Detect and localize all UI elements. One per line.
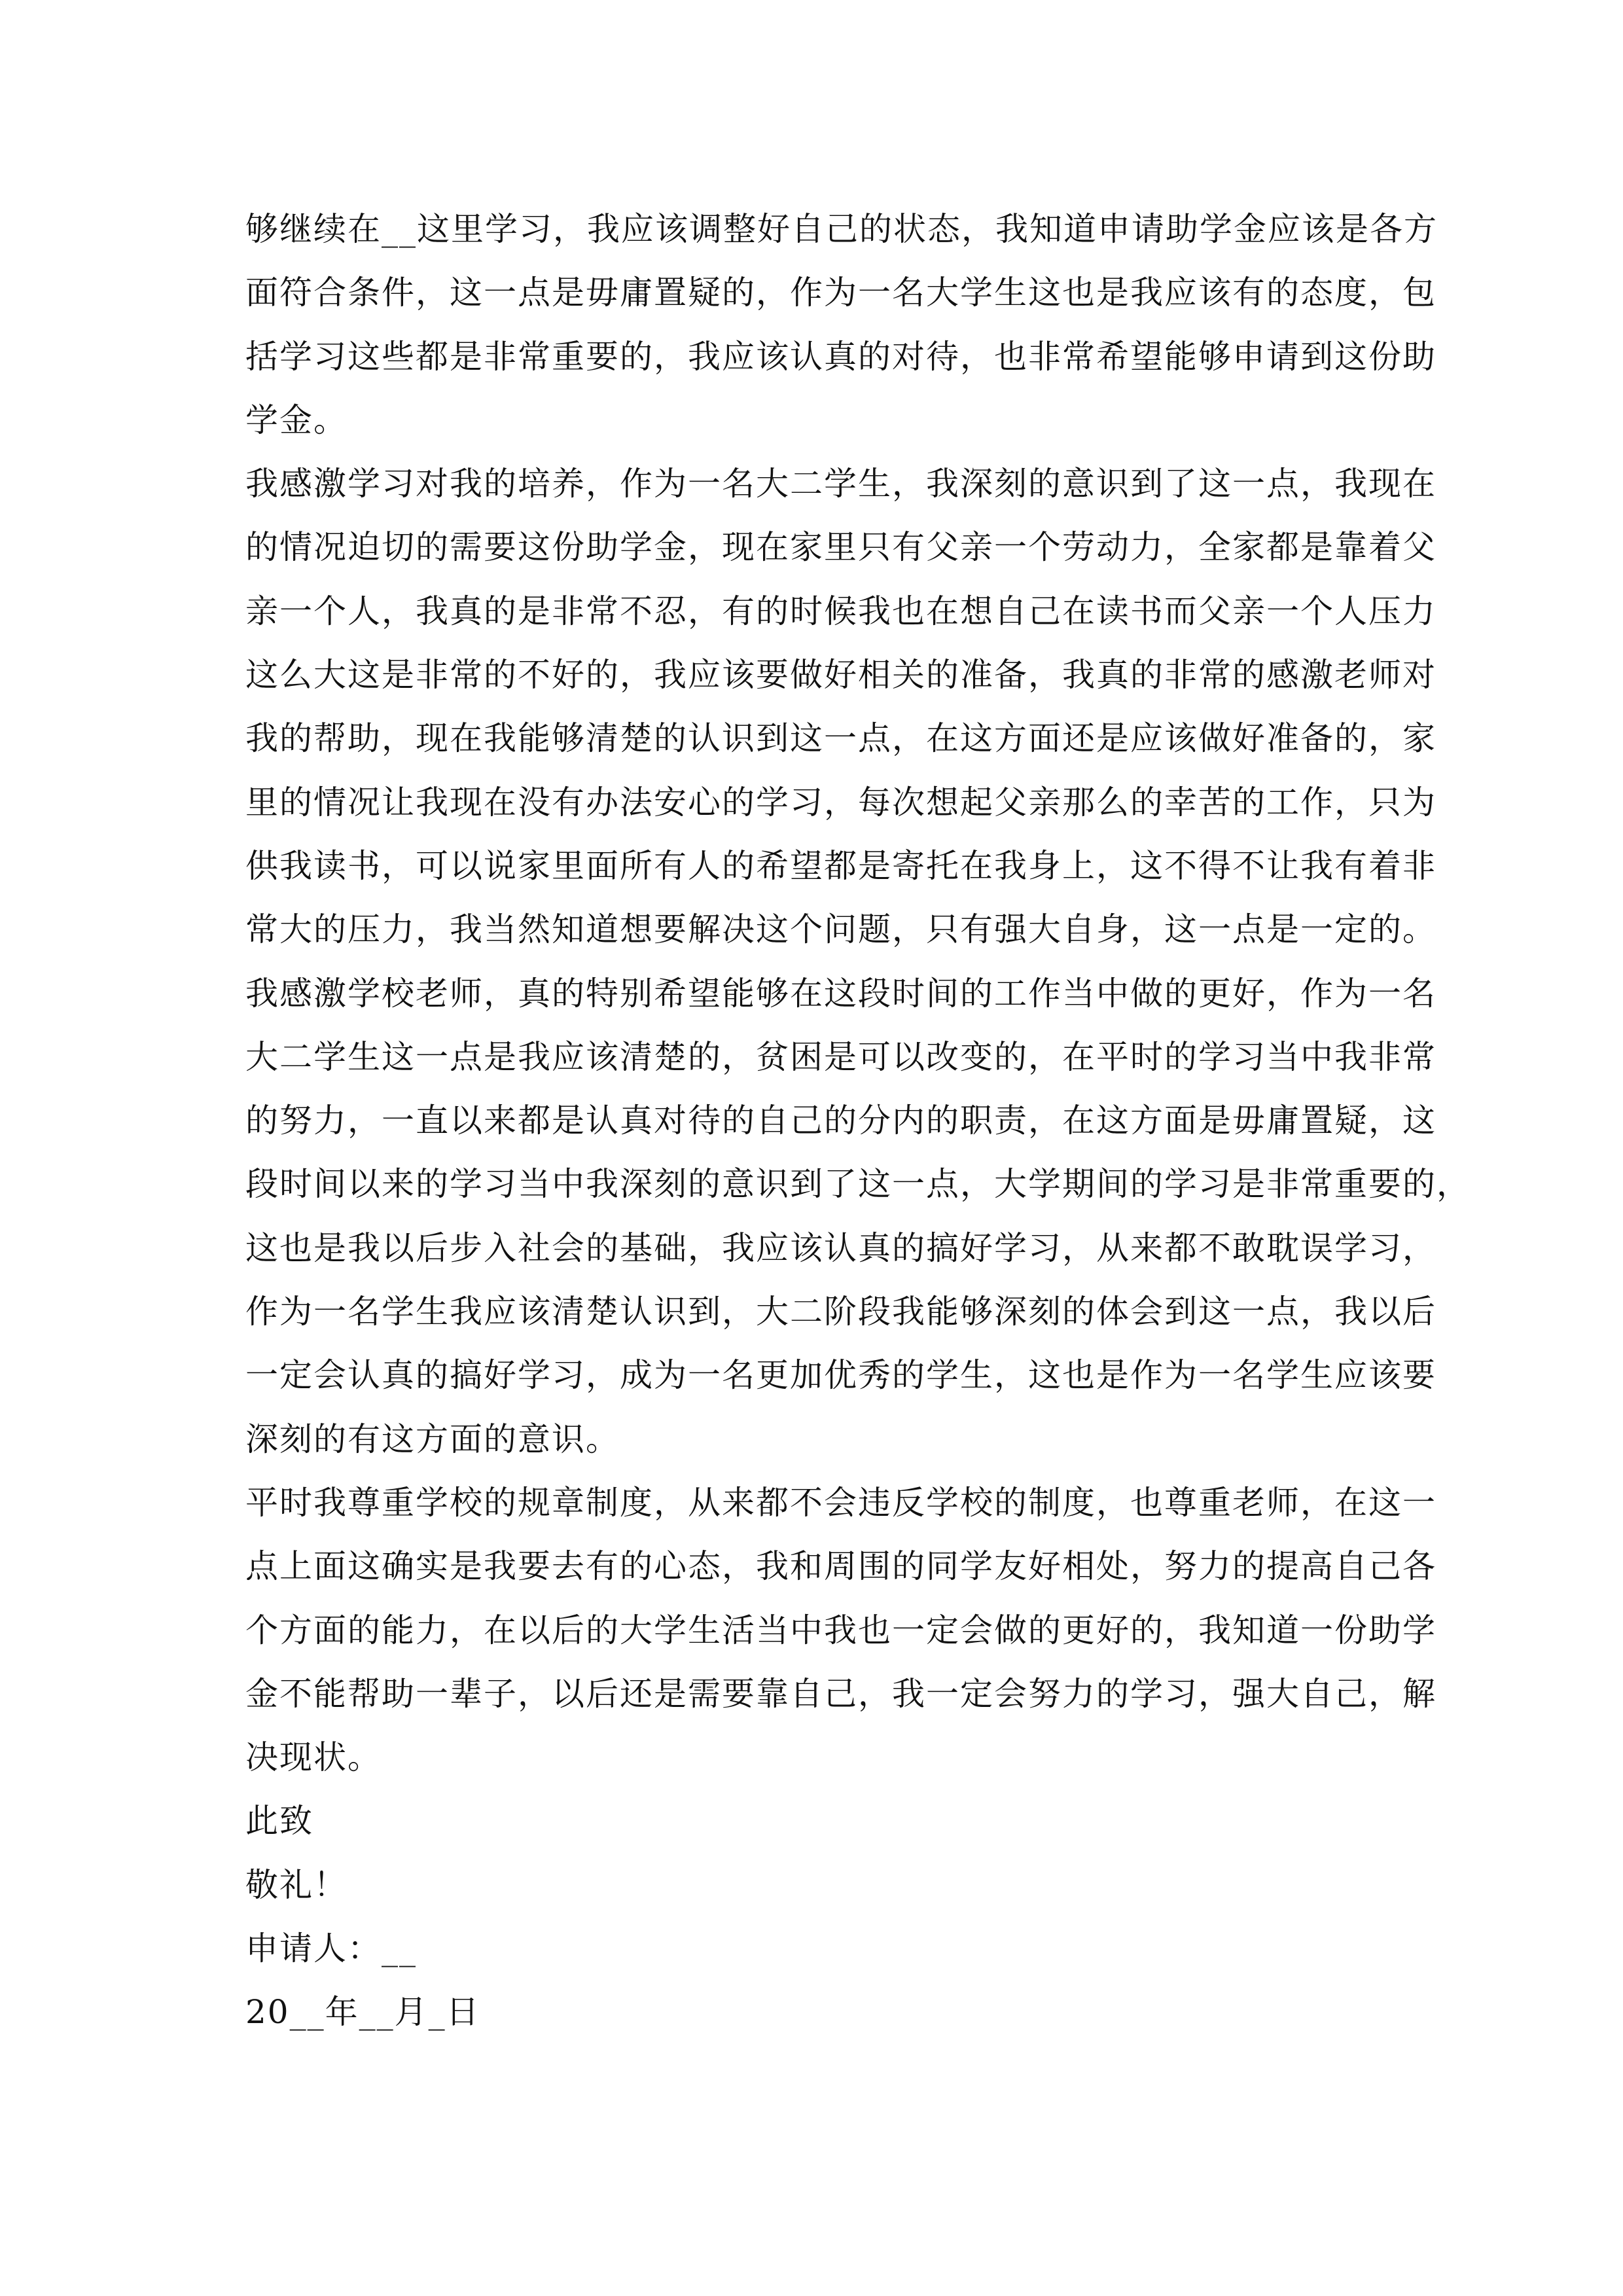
document-page: 够继续在__这里学习，我应该调整好自己的状态，我知道申请助学金应该是各方 面符合… bbox=[245, 198, 1384, 2045]
body-line: 亲一个人，我真的是非常不忍，有的时候我也在想自己在读书而父亲一个人压力 bbox=[245, 580, 1384, 643]
body-line: 的情况迫切的需要这份助学金，现在家里只有父亲一个劳动力，全家都是靠着父 bbox=[245, 516, 1384, 579]
body-line: 我感激学校老师，真的特别希望能够在这段时间的工作当中做的更好，作为一名 bbox=[245, 962, 1384, 1026]
body-line: 作为一名学生我应该清楚认识到，大二阶段我能够深刻的体会到这一点，我以后 bbox=[245, 1280, 1384, 1344]
body-line: 我感激学习对我的培养，作为一名大二学生，我深刻的意识到了这一点，我现在 bbox=[245, 452, 1384, 516]
body-line: 大二学生这一点是我应该清楚的，贫困是可以改变的，在平时的学习当中我非常 bbox=[245, 1026, 1384, 1089]
salutation-line-1: 此致 bbox=[245, 1789, 1384, 1853]
body-line: 括学习这些都是非常重要的，我应该认真的对待，也非常希望能够申请到这份助 bbox=[245, 325, 1384, 389]
applicant-signature: 申请人：__ bbox=[245, 1917, 1384, 1981]
body-line: 金不能帮助一辈子，以后还是需要靠自己，我一定会努力的学习，强大自己，解 bbox=[245, 1662, 1384, 1726]
body-line: 供我读书，可以说家里面所有人的希望都是寄托在我身上，这不得不让我有着非 bbox=[245, 834, 1384, 898]
salutation-line-2: 敬礼！ bbox=[245, 1854, 1384, 1917]
body-line: 够继续在__这里学习，我应该调整好自己的状态，我知道申请助学金应该是各方 bbox=[245, 198, 1384, 261]
body-line: 决现状。 bbox=[245, 1726, 1384, 1789]
body-line: 我的帮助，现在我能够清楚的认识到这一点，在这方面还是应该做好准备的，家 bbox=[245, 707, 1384, 770]
body-line: 深刻的有这方面的意识。 bbox=[245, 1408, 1384, 1471]
body-line: 这也是我以后步入社会的基础，我应该认真的搞好学习，从来都不敢耽误学习， bbox=[245, 1217, 1384, 1280]
body-line: 一定会认真的搞好学习，成为一名更加优秀的学生，这也是作为一名学生应该要 bbox=[245, 1344, 1384, 1407]
body-line: 面符合条件，这一点是毋庸置疑的，作为一名大学生这也是我应该有的态度，包 bbox=[245, 261, 1384, 325]
body-line: 学金。 bbox=[245, 389, 1384, 452]
body-line: 点上面这确实是我要去有的心态，我和周围的同学友好相处，努力的提高自己各 bbox=[245, 1535, 1384, 1598]
body-line: 里的情况让我现在没有办法安心的学习，每次想起父亲那么的幸苦的工作，只为 bbox=[245, 771, 1384, 834]
body-line: 这么大这是非常的不好的，我应该要做好相关的准备，我真的非常的感激老师对 bbox=[245, 643, 1384, 707]
date-line: 20__年__月_日 bbox=[245, 1981, 1384, 2044]
body-line: 的努力，一直以来都是认真对待的自己的分内的职责，在这方面是毋庸置疑，这 bbox=[245, 1089, 1384, 1153]
body-line: 段时间以来的学习当中我深刻的意识到了这一点，大学期间的学习是非常重要的， bbox=[245, 1153, 1384, 1216]
body-line: 常大的压力，我当然知道想要解决这个问题，只有强大自身，这一点是一定的。 bbox=[245, 898, 1384, 961]
body-line: 平时我尊重学校的规章制度，从来都不会违反学校的制度，也尊重老师，在这一 bbox=[245, 1471, 1384, 1535]
body-line: 个方面的能力，在以后的大学生活当中我也一定会做的更好的，我知道一份助学 bbox=[245, 1599, 1384, 1662]
